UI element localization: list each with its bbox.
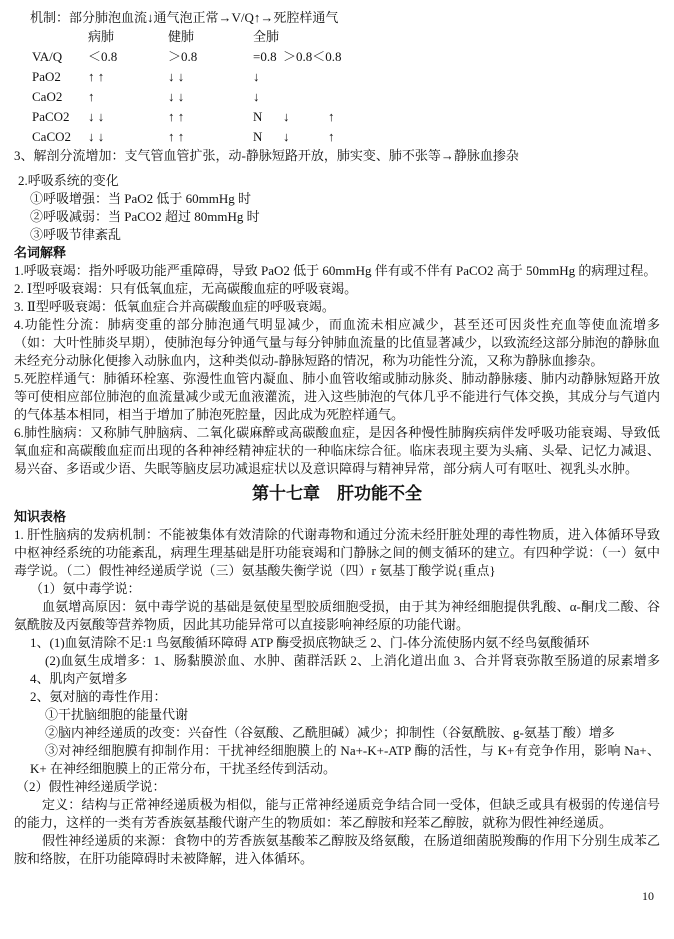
header-healthy-lung: 健肺 — [168, 27, 253, 47]
anatomic-shunt-line: 3、解剖分流增加：支气管血管扩张，动-静脉短路开放，肺实变、肺不张等→静脉血掺杂 — [14, 147, 660, 165]
row-label: CaO2 — [32, 87, 88, 107]
term-definition: 4.功能性分流：肺病变重的部分肺泡通气明显减少，而血流未相应减少，甚至还可因炎性… — [14, 316, 660, 370]
document-page: 机制：部分肺泡血流↓通气泡正常→V/Q↑→死腔样通气 病肺 健肺 全肺 VA/Q… — [0, 0, 674, 939]
table-row: PaO2 ↑ ↑ ↓ ↓ ↓ — [32, 67, 373, 87]
theory2-title: （2）假性神经递质学说： — [14, 778, 660, 796]
table-header-row: 病肺 健肺 全肺 — [32, 27, 373, 47]
header-whole-lung: 全肺 — [253, 27, 373, 47]
row-label: PaCO2 — [32, 107, 88, 127]
brain-toxicity-item: ①干扰脑细胞的能量代谢 — [14, 706, 660, 724]
chapter-title: 第十七章 肝功能不全 — [14, 481, 660, 507]
term-definition: 3. Ⅱ型呼吸衰竭：低氧血症合并高碳酸血症的呼吸衰竭。 — [14, 298, 660, 316]
pathogenesis-paragraph: 1. 肝性脑病的发病机制：不能被集体有效清除的代谢毒物和通过分流未经肝脏处理的毒… — [14, 526, 660, 580]
theory1-title: （1）氨中毒学说： — [14, 580, 660, 598]
respiratory-change-item: ①呼吸增强：当 PaO2 低于 60mmHg 时 — [14, 190, 660, 208]
term-definition: 2. Ⅰ型呼吸衰竭：只有低氧血症，无高碳酸血症的呼吸衰竭。 — [14, 280, 660, 298]
row-label: VA/Q — [32, 47, 88, 67]
brain-toxicity-item: ②脑内神经递质的改变：兴奋性（谷氨酸、乙酰胆碱）减少；抑制性（谷氨酰胺、g-氨基… — [14, 724, 660, 742]
term-definition: 5.死腔样通气：肺循环栓塞、弥漫性血管内凝血、肺小血管收缩或肺动脉炎、肺动静脉瘘… — [14, 370, 660, 424]
row-label: PaO2 — [32, 67, 88, 87]
ammonia-clearance-item: 1、(1)血氨清除不足:1 鸟氨酸循环障碍 ATP 酶受损底物缺乏 2、门-体分… — [14, 634, 660, 652]
va-q-table: 病肺 健肺 全肺 VA/Q ＜0.8 ＞0.8 =0.8 ＞0.8＜0.8 Pa… — [32, 27, 373, 147]
ammonia-production-item: (2)血氨生成增多：1、肠黏膜淤血、水肿、菌群活跃 2、上消化道出血 3、合并肾… — [14, 652, 660, 688]
page-number: 10 — [642, 889, 654, 903]
terms-section-title: 名词解释 — [14, 244, 660, 262]
mechanism-line: 机制：部分肺泡血流↓通气泡正常→V/Q↑→死腔样通气 — [14, 9, 660, 27]
table-row: CaCO2 ↓ ↓ ↑ ↑ N ↓ ↑ — [32, 127, 373, 147]
false-neurotransmitter-source: 假性神经递质的来源：食物中的芳香族氨基酸苯乙醇胺及络氨酸，在肠道细菌脱羧酶的作用… — [14, 832, 660, 868]
table-row: PaCO2 ↓ ↓ ↑ ↑ N ↓ ↑ — [32, 107, 373, 127]
respiratory-changes-title: 2.呼吸系统的变化 — [14, 172, 660, 190]
respiratory-change-item: ③呼吸节律紊乱 — [14, 226, 660, 244]
brain-toxicity-item: ③对神经细胞膜有抑制作用：干扰神经细胞膜上的 Na+-K+-ATP 酶的活性，与… — [14, 742, 660, 778]
header-empty — [32, 27, 88, 47]
row-label: CaCO2 — [32, 127, 88, 147]
respiratory-change-item: ②呼吸减弱：当 PaCO2 超过 80mmHg 时 — [14, 208, 660, 226]
header-sick-lung: 病肺 — [88, 27, 168, 47]
term-definition: 1.呼吸衰竭：指外呼吸功能严重障碍，导致 PaO2 低于 60mmHg 伴有或不… — [14, 262, 660, 280]
false-neurotransmitter-definition: 定义：结构与正常神经递质极为相似，能与正常神经递质竞争结合同一受体，但缺乏或具有… — [14, 796, 660, 832]
table-row: CaO2 ↑ ↓ ↓ ↓ — [32, 87, 373, 107]
ammonia-cause-paragraph: 血氨增高原因：氨中毒学说的基础是氨使星型胶质细胞受损，由于其为神经细胞提供乳酸、… — [14, 598, 660, 634]
brain-toxicity-title: 2、氨对脑的毒性作用： — [14, 688, 660, 706]
term-definition: 6.肺性脑病：又称肺气肿脑病、二氧化碳麻醉或高碳酸血症，是因各种慢性肺胸疾病伴发… — [14, 424, 660, 478]
table-row: VA/Q ＜0.8 ＞0.8 =0.8 ＞0.8＜0.8 — [32, 47, 373, 67]
knowledge-table-title: 知识表格 — [14, 508, 660, 526]
